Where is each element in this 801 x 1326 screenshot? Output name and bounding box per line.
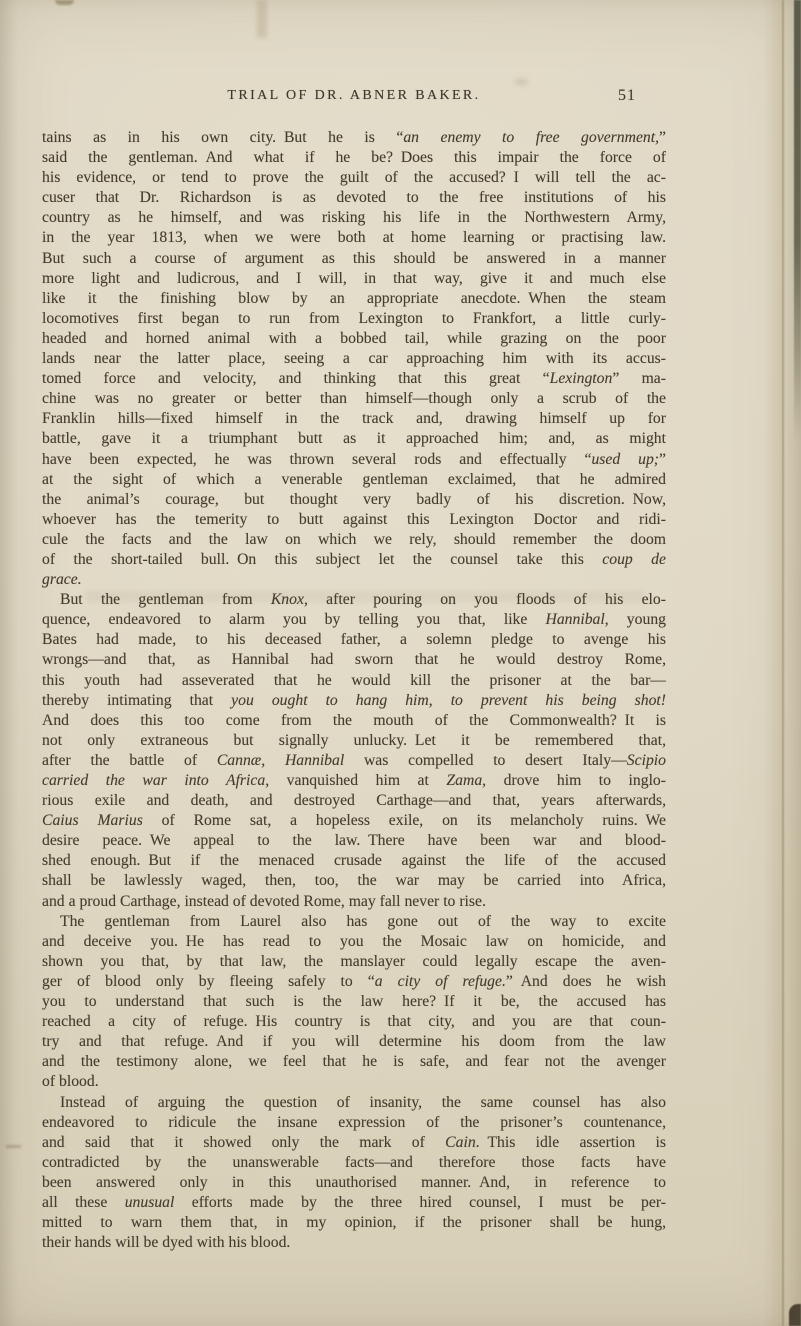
text-line: more light and ludicrous, and I will, in…	[42, 269, 666, 289]
text-line: their hands will be dyed with his blood.	[42, 1233, 666, 1253]
text-line: reached a city of refuge. His country is…	[42, 1012, 666, 1032]
text-line: shed enough. But if the menaced crusade …	[42, 851, 666, 871]
margin-mark	[6, 1145, 21, 1148]
text-line: you to understand that such is the law h…	[42, 992, 666, 1012]
text-line: country as he himself, and was risking h…	[42, 208, 666, 228]
text-line: But the gentleman from Knox, after pouri…	[42, 590, 666, 610]
text-line: this youth had asseverated that he would…	[42, 671, 666, 691]
text-line: carried the war into Africa, vanquished …	[42, 771, 666, 791]
corner-ink-mark	[789, 1304, 801, 1326]
text-line: cule the facts and the law on which we r…	[42, 530, 666, 550]
text-line: cuser that Dr. Richardson is as devoted …	[42, 188, 666, 208]
text-line: tomed force and velocity, and thinking t…	[42, 369, 666, 389]
text-line: of the short-tailed bull. On this subjec…	[42, 550, 666, 570]
text-line: and said that it showed only the mark of…	[42, 1133, 666, 1153]
text-line: whoever has the temerity to butt against…	[42, 510, 666, 530]
text-line: battle, gave it a triumphant butt as it …	[42, 429, 666, 449]
ink-smudge	[514, 78, 528, 86]
text-line: his evidence, or tend to prove the guilt…	[42, 168, 666, 188]
text-line: thereby intimating that you ought to han…	[42, 691, 666, 711]
text-line: Caius Marius of Rome sat, a hopeless exi…	[42, 811, 666, 831]
right-edge-line	[782, 0, 784, 1326]
text-line: try and that refuge. And if you will det…	[42, 1032, 666, 1052]
page-scan: TRIAL OF DR. ABNER BAKER. 51 tains as in…	[0, 0, 801, 1326]
text-line: chine was no greater or better than hims…	[42, 389, 666, 409]
text-line: after the battle of Cannæ, Hannibal was …	[42, 751, 666, 771]
text-line: tains as in his own city. But he is “an …	[42, 128, 666, 148]
top-edge-notch	[55, 0, 74, 5]
left-edge-shade	[0, 0, 18, 1326]
text-line: But such a course of argument as this sh…	[42, 249, 666, 269]
text-line: Instead of arguing the question of insan…	[42, 1093, 666, 1113]
text-line: the animal’s courage, but thought very b…	[42, 490, 666, 510]
text-line: and deceive you. He has read to you the …	[42, 932, 666, 952]
text-line: at the sight of which a venerable gentle…	[42, 470, 666, 490]
text-line: and a proud Carthage, instead of devoted…	[42, 892, 666, 912]
text-line: desire peace. We appeal to the law. Ther…	[42, 831, 666, 851]
text-line: Franklin hills—fixed himself in the trac…	[42, 409, 666, 429]
text-line: quence, endeavored to alarm you by telli…	[42, 610, 666, 630]
page-header: TRIAL OF DR. ABNER BAKER. 51	[42, 88, 666, 106]
page-text: tains as in his own city. But he is “an …	[42, 128, 666, 1253]
text-line: all these unusual efforts made by the th…	[42, 1193, 666, 1213]
text-line: shall be lawlessly waged, then, too, the…	[42, 871, 666, 891]
text-line: of blood.	[42, 1072, 666, 1092]
text-line: shown you that, by that law, the manslay…	[42, 952, 666, 972]
scanned-book-page: { "page": { "header": { "title": "TRIAL …	[0, 0, 801, 1326]
text-line: ger of blood only by fleeing safely to “…	[42, 972, 666, 992]
adjacent-page-sliver	[794, 0, 801, 440]
text-line: wrongs—and that, as Hannibal had sworn t…	[42, 650, 666, 670]
text-line: been answered only in this unauthorised …	[42, 1173, 666, 1193]
text-line: grace.	[42, 570, 666, 590]
text-line: contradicted by the unanswerable facts—a…	[42, 1153, 666, 1173]
text-line: headed and horned animal with a bobbed t…	[42, 329, 666, 349]
text-line: Bates had made, to his deceased father, …	[42, 630, 666, 650]
running-title: TRIAL OF DR. ABNER BAKER.	[42, 88, 666, 104]
text-line: rious exile and death, and destroyed Car…	[42, 791, 666, 811]
text-line: endeavored to ridicule the insane expres…	[42, 1113, 666, 1133]
page-number: 51	[618, 87, 636, 105]
text-line: and the testimony alone, we feel that he…	[42, 1052, 666, 1072]
text-line: have been expected, he was thrown severa…	[42, 450, 666, 470]
text-line: The gentleman from Laurel also has gone …	[42, 912, 666, 932]
text-line: lands near the latter place, seeing a ca…	[42, 349, 666, 369]
top-edge-streak	[257, 0, 267, 38]
text-line: said the gentleman. And what if he be? D…	[42, 148, 666, 168]
text-line: like it the finishing blow by an appropr…	[42, 289, 666, 309]
text-line: in the year 1813, when we were both at h…	[42, 228, 666, 248]
text-line: And does this too come from the mouth of…	[42, 711, 666, 731]
text-line: not only extraneous but signally unlucky…	[42, 731, 666, 751]
text-line: locomotives first began to run from Lexi…	[42, 309, 666, 329]
text-line: mitted to warn them that, in my opinion,…	[42, 1213, 666, 1233]
